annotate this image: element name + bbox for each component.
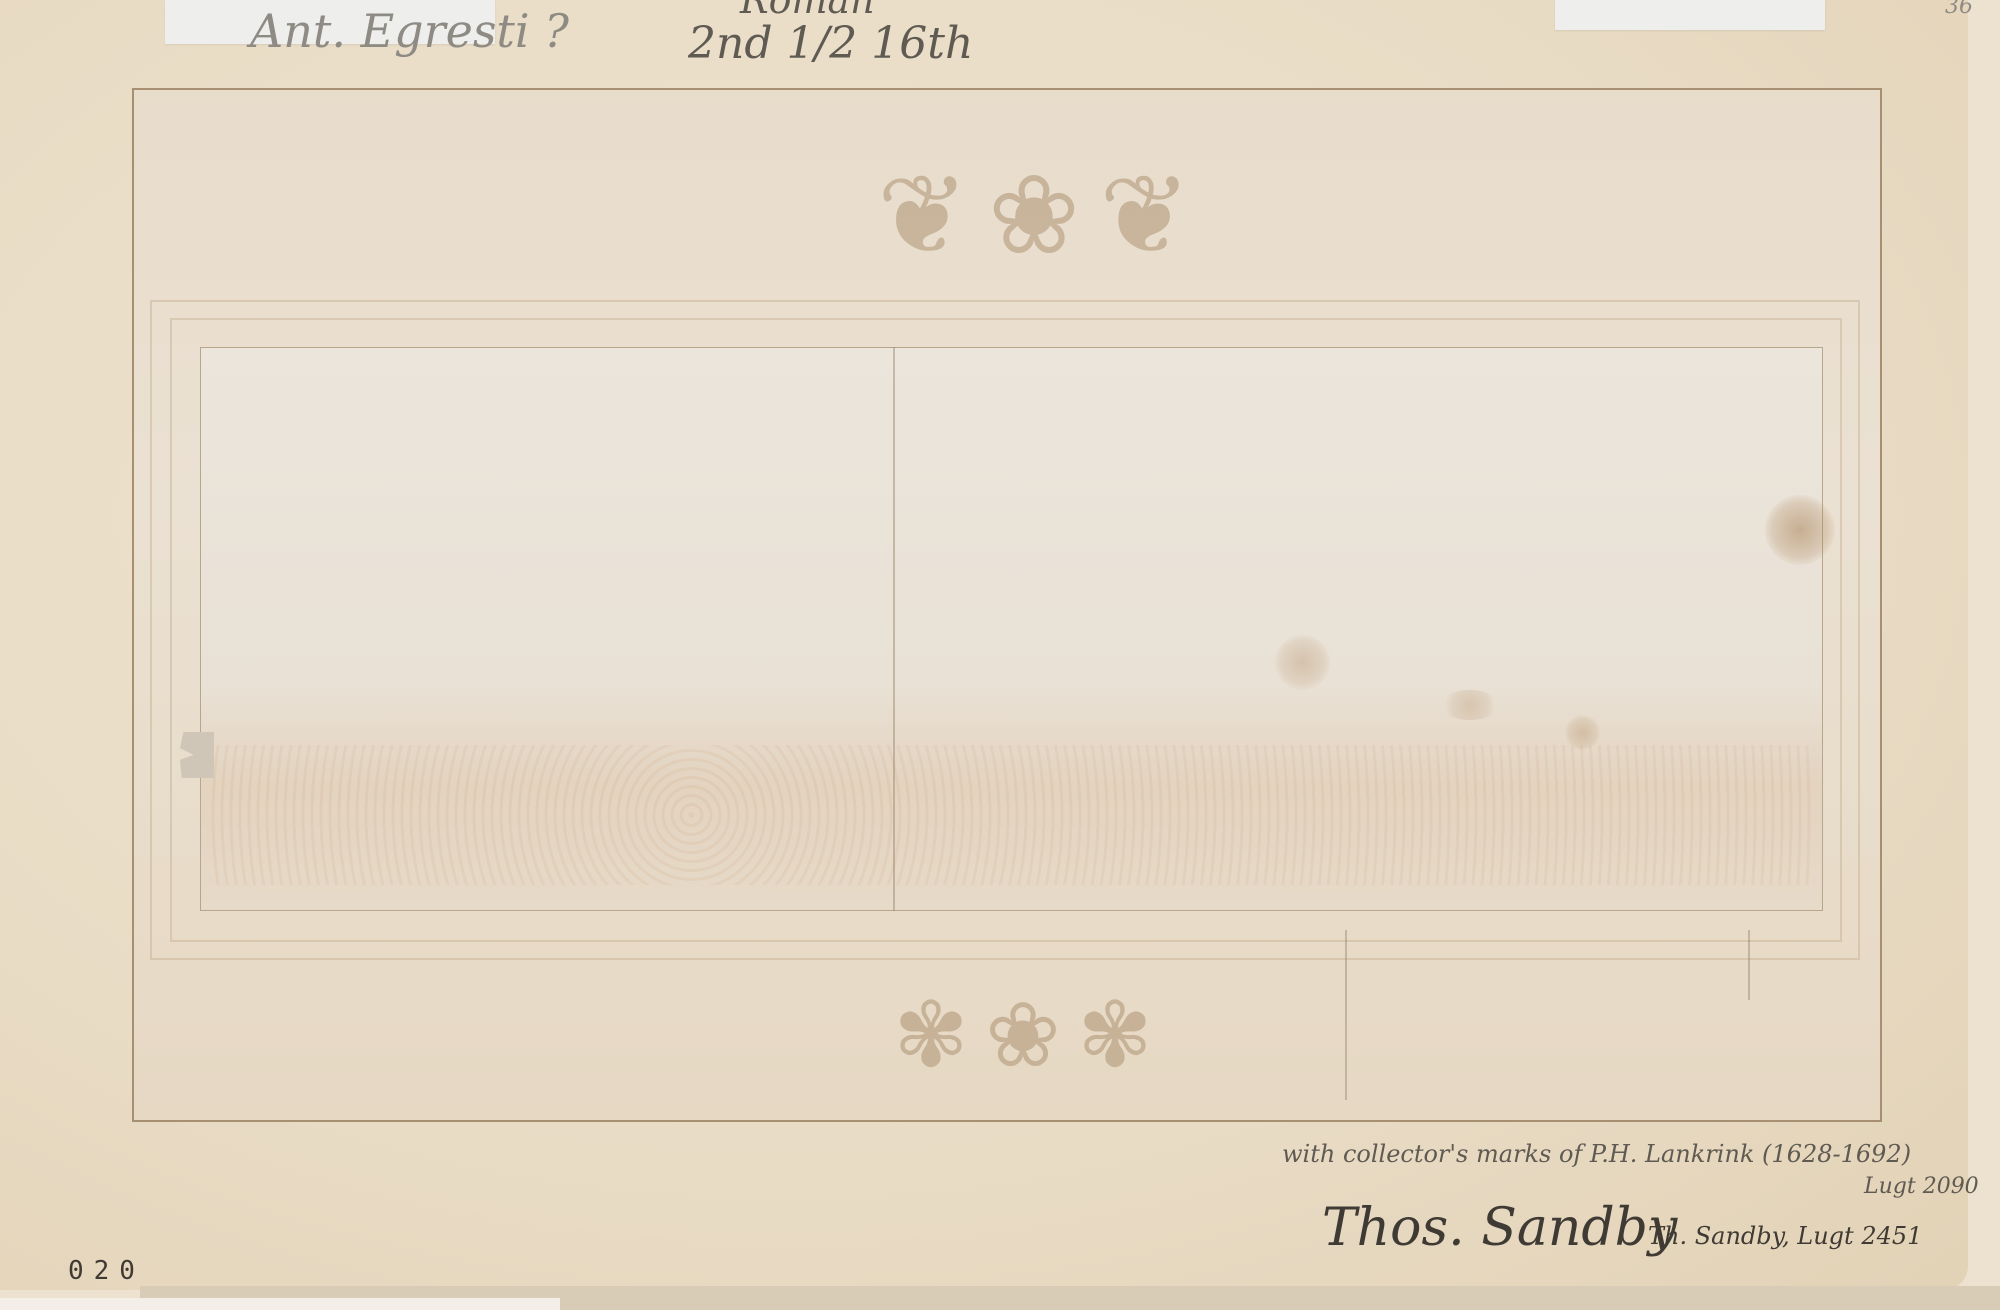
crease-2 bbox=[1748, 930, 1750, 1000]
annotation-lugt-2451: Th. Sandby, Lugt 2451 bbox=[1648, 1222, 1922, 1250]
annotation-sheet-number: 36 bbox=[1945, 0, 1973, 19]
annotation-collector-marks: with collector's marks of P.H. Lankrink … bbox=[1282, 1140, 1911, 1168]
annotation-lugt-2090: Lugt 2090 bbox=[1864, 1174, 1979, 1199]
impressed-ornament-top: ❦ ❀ ❦ bbox=[740, 115, 1320, 315]
annotation-date: 2nd 1/2 16th bbox=[688, 18, 973, 69]
stain-center bbox=[1275, 635, 1330, 690]
stain-right bbox=[1765, 495, 1835, 565]
under-sheet-white bbox=[0, 1298, 560, 1310]
impressed-ornament-bottom: ✾ ❀ ✾ bbox=[850, 960, 1190, 1110]
foxing-band bbox=[210, 745, 1815, 885]
stain-lower bbox=[1440, 690, 1500, 720]
annotation-attribution: Ant. Egresti ? bbox=[250, 4, 569, 58]
signature-sandby: Thos. Sandby bbox=[1322, 1198, 1677, 1258]
stain-small bbox=[1565, 715, 1600, 750]
crease-1 bbox=[1345, 930, 1347, 1100]
white-paper-label-right bbox=[1555, 0, 1825, 30]
inventory-number: 020 bbox=[68, 1256, 145, 1286]
